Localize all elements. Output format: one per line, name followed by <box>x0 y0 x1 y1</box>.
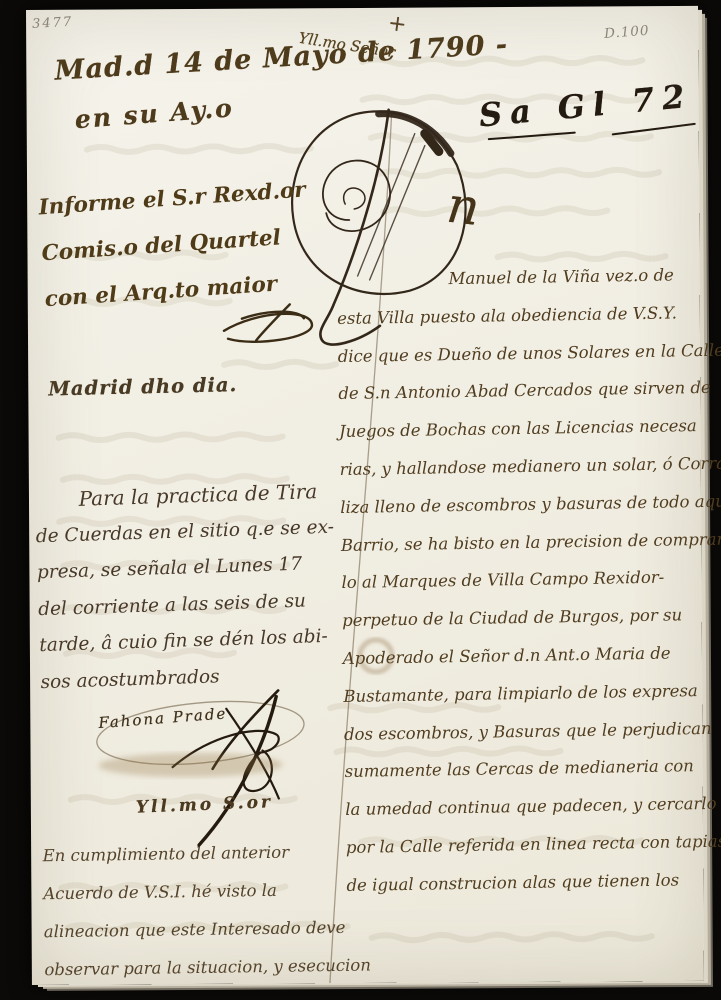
cross-mark: + <box>387 11 409 38</box>
report-salutation: Yll.mo S.or <box>136 792 274 818</box>
petition-line: rias, y hallandose medianero un solar, ó… <box>339 445 706 489</box>
margin-decree: Informe el S.r Rexd.or Comis.o del Quart… <box>37 165 356 324</box>
signature-oval <box>94 693 307 772</box>
report-line: En cumplimiento del anterior <box>42 832 368 875</box>
report-line: alineacion que este Interesado deve <box>44 908 370 951</box>
petition-line: Manuel de la Viña vez.o de <box>336 256 703 300</box>
petition-line: Barrio, se ha bisto en la precision de c… <box>341 521 708 565</box>
date-line: Mad.d 14 de Mayo de 1790 - <box>54 29 509 86</box>
petition-line: de S.n Antonio Abad Cercados que sirven … <box>338 369 705 413</box>
report-line: observar para la situacion, y esecucion <box>44 946 370 989</box>
petition-line: por la Calle referida en linea recta con… <box>346 823 713 867</box>
petition-line: la umedad continua que padecen, y cercar… <box>345 785 712 829</box>
petition-line: dos escombros, y Basuras que le perjudic… <box>344 709 711 753</box>
ink-stain <box>99 752 283 777</box>
petition-line: Juegos de Bochas con las Licencias neces… <box>339 407 706 451</box>
petition-line: lo al Marques de Villa Campo Rexidor- <box>341 558 708 602</box>
scan-background: 3477 Mad.d 14 de Mayo de 1790 - Yll.mo S… <box>0 0 721 1000</box>
petition-text: Manuel de la Viña vez.o de esta Villa pu… <box>336 256 713 905</box>
petition-line: Apoderado el Señor d.n Ant.o Maria de <box>342 634 709 678</box>
council-note: en su Ay.o <box>74 93 235 134</box>
place-date-note: Madrid dho dia. <box>48 373 238 400</box>
archive-number: 3477 <box>32 15 74 32</box>
petition-line: dice que es Dueño de unos Solares en la … <box>337 332 704 376</box>
petition-line: esta Villa puesto ala obediencia de V.S.… <box>337 294 704 338</box>
tira-de-cuerdas-decree: Para la practica de Tira de Cuerdas en e… <box>34 472 366 701</box>
signature: Fahona Prade <box>98 704 228 732</box>
report-line: Acuerdo de V.S.I. hé visto la <box>43 870 369 913</box>
petition-initial-n: n <box>444 176 483 237</box>
petition-line: sumamente las Cercas de medianeria con <box>344 747 711 791</box>
secretarial-file-mark: Sa Gl 72 <box>477 77 694 135</box>
architect-report: En cumplimiento del anterior Acuerdo de … <box>32 832 369 989</box>
petition-line: Bustamante, para limpiarlo de los expres… <box>343 672 710 716</box>
pencil-reference: D.100 <box>604 23 650 42</box>
petition-line: liza lleno de escombros y basuras de tod… <box>340 483 707 527</box>
petition-line: de igual construcion alas que tienen los <box>346 861 713 905</box>
petition-line: perpetuo de la Ciudad de Burgos, por su <box>342 596 709 640</box>
manuscript-page: 3477 Mad.d 14 de Mayo de 1790 - Yll.mo S… <box>26 6 704 985</box>
